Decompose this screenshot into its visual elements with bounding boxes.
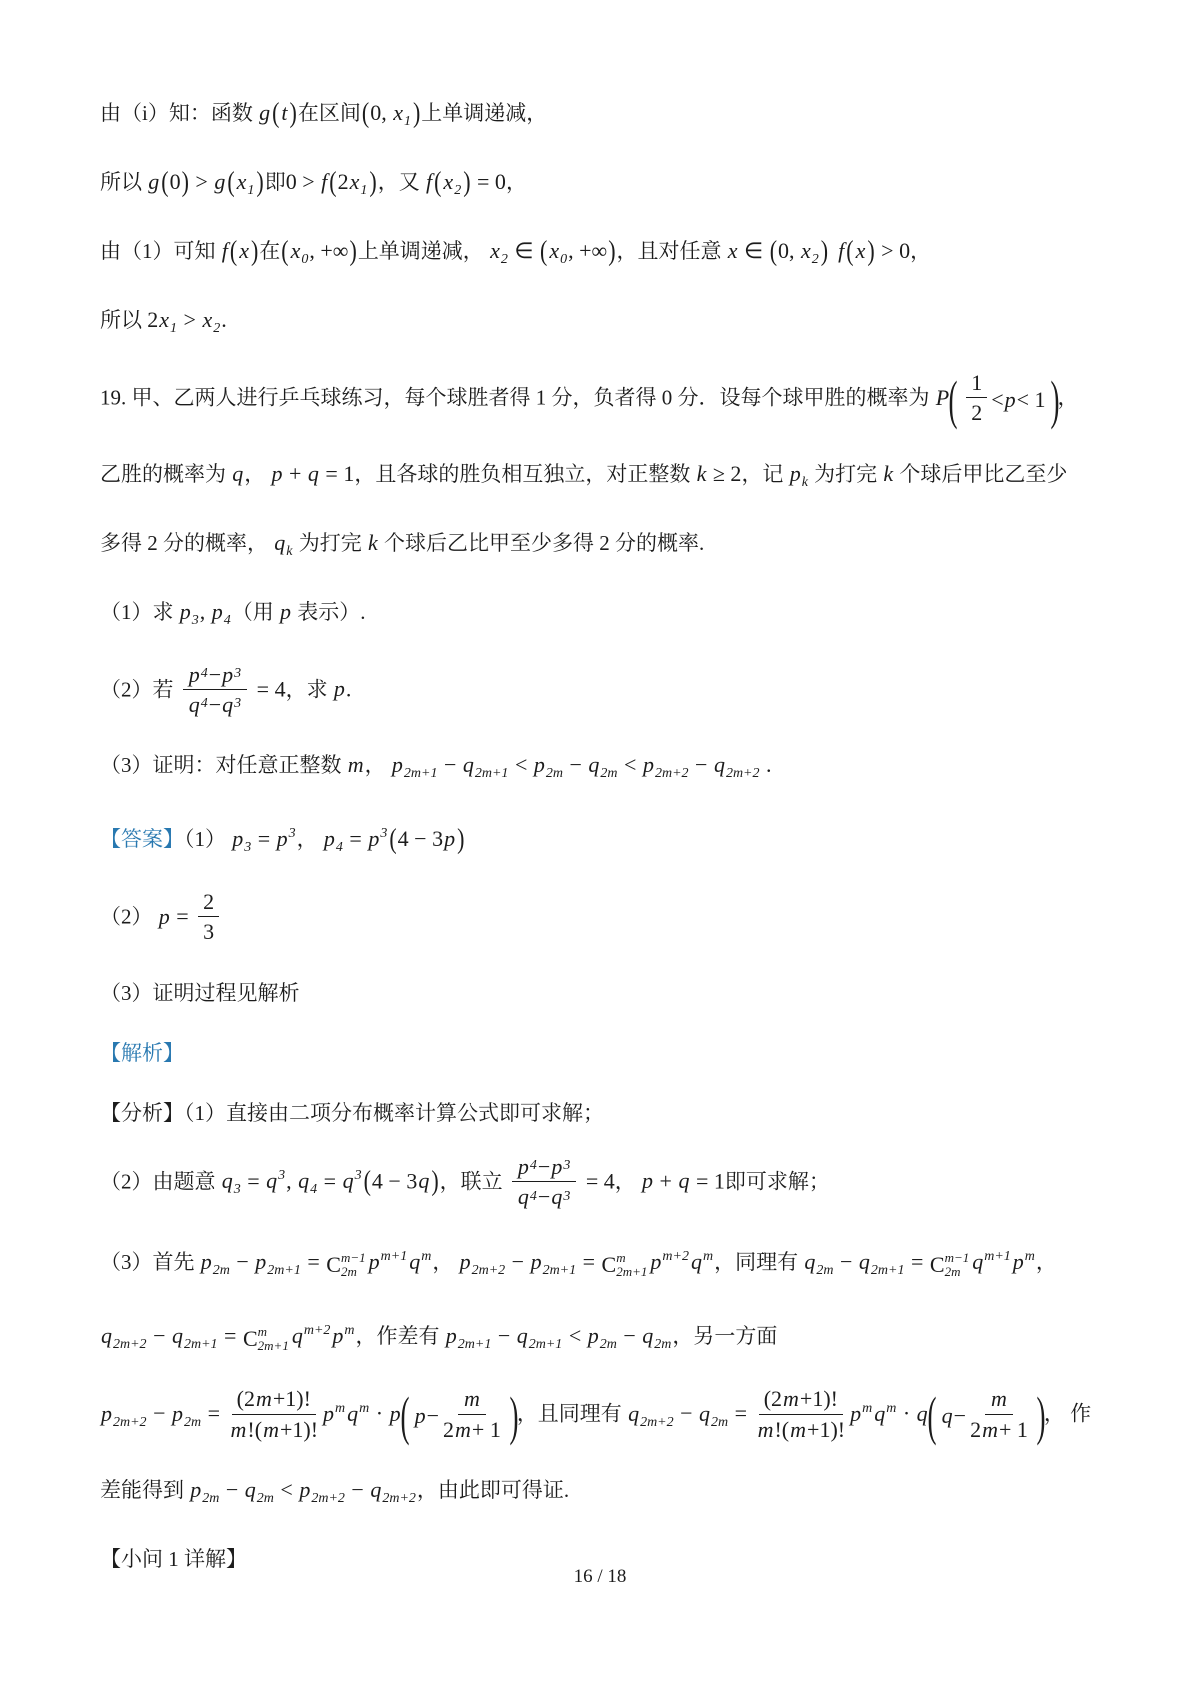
fraction: 12 <box>966 370 987 426</box>
binomial-coefficient: Cm−12m <box>326 1248 365 1282</box>
page-number: 16 / 18 <box>0 1566 1200 1588</box>
line-from-1: 由（1）可知 f(x)在(x0, +∞)上单调递减， x2 ∈ (x0, +∞)… <box>100 234 1130 277</box>
content-area: 由（i）知：函数 g(t)在区间(0, x1)上单调递减，所以 g(0) > g… <box>100 96 1130 1602</box>
line-analysis-2: （2）由题意 q3 = q3, q4 = q3(4 − 3q)，联立 p4 − … <box>100 1156 1130 1212</box>
line-q19-cont2: 多得 2 分的概率， qk 为打完 k 个球后乙比甲至少多得 2 分的概率. <box>100 526 1130 569</box>
binomial-coefficient: Cm−12m <box>930 1248 969 1282</box>
binomial-coefficient: Cm2m+1 <box>243 1322 289 1356</box>
section-label: 【答案】 <box>100 827 184 851</box>
fraction: (2m+1)!m!(m+1)! <box>230 1386 319 1442</box>
section-label: 【解析】 <box>100 1041 184 1065</box>
line-analysis-3d: 差能得到 p2m − q2m < p2m+2 − q2m+2，由此即可得证. <box>100 1473 1130 1516</box>
line-analysis-3b: q2m+2 − q2m+1 = Cm2m+1qm+2pm，作差有 p2m+1 −… <box>100 1314 1130 1362</box>
big-paren-group: (q − m2m + 1) <box>929 1388 1044 1444</box>
line-q19-statement: 19. 甲、乙两人进行乒乓球练习，每个球胜者得 1 分，负者得 0 分．设每个球… <box>100 372 1130 428</box>
line-answer-3: （3）证明过程见解析 <box>100 976 1130 1010</box>
fraction: 23 <box>198 889 219 945</box>
fraction: p4 − p3q4 − q3 <box>512 1154 576 1210</box>
line-analysis-1: 【分析】（1）直接由二项分布概率计算公式即可求解； <box>100 1096 1130 1130</box>
line-analysis-label: 【解析】 <box>100 1036 1130 1070</box>
fraction: (2m+1)!m!(m+1)! <box>757 1386 846 1442</box>
fraction: m2m + 1 <box>443 1386 501 1442</box>
line-analysis-3c: p2m+2 − p2m = (2m+1)!m!(m+1)!pmqm · p(p … <box>100 1388 1130 1444</box>
line-part2: （2）若 p4 − p3q4 − q3 = 4，求 p. <box>100 664 1130 720</box>
line-monotone-i: 由（i）知：函数 g(t)在区间(0, x1)上单调递减， <box>100 96 1130 139</box>
line-part3: （3）证明：对任意正整数 m， p2m+1 − q2m+1 < p2m − q2… <box>100 748 1130 791</box>
line-analysis-3a: （3）首先 p2m − p2m+1 = Cm−12mpm+1qm， p2m+2 … <box>100 1240 1130 1288</box>
binomial-coefficient: Cm2m+1 <box>602 1248 648 1282</box>
line-q19-cont1: 乙胜的概率为 q， p + q = 1，且各球的胜负相互独立，对正整数 k ≥ … <box>100 457 1130 500</box>
fraction: p4 − p3q4 − q3 <box>183 662 247 718</box>
line-answer-1: 【答案】（1） p3 = p3， p4 = p3(4 − 3p) <box>100 817 1130 865</box>
big-paren-group: (12 < p < 1) <box>950 372 1057 428</box>
line-so-2x1: 所以 2x1 > x2. <box>100 303 1130 346</box>
fraction: m2m + 1 <box>970 1386 1028 1442</box>
big-paren-group: (p − m2m + 1) <box>402 1388 517 1444</box>
line-answer-2: （2） p = 23 <box>100 891 1130 947</box>
line-so-g0: 所以 g(0) > g(x1)即0 > f(2x1)，又 f(x2) = 0， <box>100 165 1130 208</box>
line-part1: （1）求 p3, p4（用 p 表示）. <box>100 595 1130 638</box>
